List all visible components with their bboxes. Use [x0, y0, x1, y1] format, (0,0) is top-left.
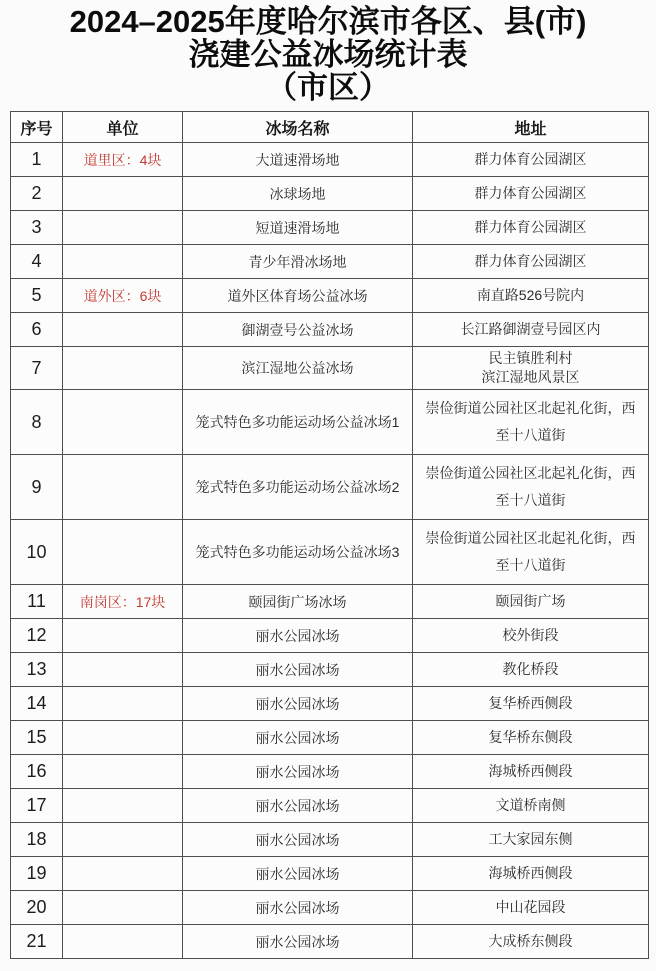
- row-number: 1: [11, 143, 63, 177]
- document-page: 2024–2025年度哈尔滨市各区、县(市) 浇建公益冰场统计表 （市区） 序号…: [0, 0, 656, 959]
- table-row: 3 短道速滑场地 群力体育公园湖区: [11, 211, 649, 245]
- row-unit: 道里区：4块: [63, 143, 183, 177]
- table-row: 20 丽水公园冰场 中山花园段: [11, 891, 649, 925]
- table-header: 序号单位冰场名称地址: [11, 112, 649, 143]
- row-address: 海城桥西侧段: [413, 755, 649, 789]
- column-header-unit: 单位: [63, 112, 183, 143]
- row-unit: [63, 721, 183, 755]
- row-number: 12: [11, 619, 63, 653]
- row-number: 14: [11, 687, 63, 721]
- row-address: 中山花园段: [413, 891, 649, 925]
- row-unit: [63, 313, 183, 347]
- row-address: 南直路526号院内: [413, 279, 649, 313]
- column-header-address: 地址: [413, 112, 649, 143]
- row-unit: [63, 891, 183, 925]
- row-unit: [63, 390, 183, 455]
- row-address: 民主镇胜利村 滨江湿地风景区: [413, 347, 649, 390]
- row-number: 8: [11, 390, 63, 455]
- row-number: 9: [11, 455, 63, 520]
- row-unit: [63, 789, 183, 823]
- row-number: 15: [11, 721, 63, 755]
- row-number: 21: [11, 925, 63, 959]
- table-row: 5 道外区：6块 道外区体育场公益冰场 南直路526号院内: [11, 279, 649, 313]
- row-rink-name: 道外区体育场公益冰场: [183, 279, 413, 313]
- column-header-no: 序号: [11, 112, 63, 143]
- table-row: 9 笼式特色多功能运动场公益冰场2 崇俭街道公园社区北起礼化街，西 至十八道街: [11, 455, 649, 520]
- row-rink-name: 丽水公园冰场: [183, 789, 413, 823]
- row-rink-name: 丽水公园冰场: [183, 755, 413, 789]
- row-number: 2: [11, 177, 63, 211]
- row-unit: [63, 455, 183, 520]
- row-unit: [63, 857, 183, 891]
- row-address: 工大家园东侧: [413, 823, 649, 857]
- row-address: 崇俭街道公园社区北起礼化街，西 至十八道街: [413, 520, 649, 585]
- row-rink-name: 大道速滑场地: [183, 143, 413, 177]
- row-unit: [63, 177, 183, 211]
- table-row: 7 滨江湿地公益冰场 民主镇胜利村 滨江湿地风景区: [11, 347, 649, 390]
- row-number: 16: [11, 755, 63, 789]
- table-row: 18 丽水公园冰场 工大家园东侧: [11, 823, 649, 857]
- table-body: 1 道里区：4块 大道速滑场地 群力体育公园湖区 2 冰球场地 群力体育公园湖区…: [11, 143, 649, 959]
- table-row: 4 青少年滑冰场地 群力体育公园湖区: [11, 245, 649, 279]
- row-number: 10: [11, 520, 63, 585]
- title-line-1: 2024–2025年度哈尔滨市各区、县(市): [0, 5, 656, 38]
- row-rink-name: 丽水公园冰场: [183, 925, 413, 959]
- row-address: 群力体育公园湖区: [413, 177, 649, 211]
- table-row: 15 丽水公园冰场 复华桥东侧段: [11, 721, 649, 755]
- title-line-2: 浇建公益冰场统计表: [0, 38, 656, 71]
- table-row: 2 冰球场地 群力体育公园湖区: [11, 177, 649, 211]
- row-rink-name: 丽水公园冰场: [183, 687, 413, 721]
- row-unit: [63, 925, 183, 959]
- row-number: 5: [11, 279, 63, 313]
- row-number: 13: [11, 653, 63, 687]
- header-row: 序号单位冰场名称地址: [11, 112, 649, 143]
- row-rink-name: 丽水公园冰场: [183, 823, 413, 857]
- row-rink-name: 滨江湿地公益冰场: [183, 347, 413, 390]
- row-unit: [63, 823, 183, 857]
- row-unit: [63, 687, 183, 721]
- row-unit: 南岗区：17块: [63, 585, 183, 619]
- row-address: 教化桥段: [413, 653, 649, 687]
- table-row: 10 笼式特色多功能运动场公益冰场3 崇俭街道公园社区北起礼化街，西 至十八道街: [11, 520, 649, 585]
- table-row: 17 丽水公园冰场 文道桥南侧: [11, 789, 649, 823]
- row-rink-name: 丽水公园冰场: [183, 653, 413, 687]
- table-row: 1 道里区：4块 大道速滑场地 群力体育公园湖区: [11, 143, 649, 177]
- table-row: 21 丽水公园冰场 大成桥东侧段: [11, 925, 649, 959]
- row-rink-name: 丽水公园冰场: [183, 619, 413, 653]
- row-address: 校外街段: [413, 619, 649, 653]
- row-rink-name: 青少年滑冰场地: [183, 245, 413, 279]
- row-rink-name: 丽水公园冰场: [183, 857, 413, 891]
- row-unit: [63, 755, 183, 789]
- row-number: 7: [11, 347, 63, 390]
- ice-rinks-table: 序号单位冰场名称地址 1 道里区：4块 大道速滑场地 群力体育公园湖区 2 冰球…: [10, 111, 649, 959]
- title-line-3: （市区）: [0, 71, 656, 104]
- row-unit: [63, 245, 183, 279]
- table-row: 19 丽水公园冰场 海城桥西侧段: [11, 857, 649, 891]
- row-number: 6: [11, 313, 63, 347]
- table-row: 11 南岗区：17块 颐园街广场冰场 颐园街广场: [11, 585, 649, 619]
- row-rink-name: 御湖壹号公益冰场: [183, 313, 413, 347]
- column-header-rink-name: 冰场名称: [183, 112, 413, 143]
- row-number: 17: [11, 789, 63, 823]
- page-title: 2024–2025年度哈尔滨市各区、县(市) 浇建公益冰场统计表 （市区）: [0, 0, 656, 104]
- row-rink-name: 短道速滑场地: [183, 211, 413, 245]
- row-address: 复华桥东侧段: [413, 721, 649, 755]
- row-address: 大成桥东侧段: [413, 925, 649, 959]
- row-address: 海城桥西侧段: [413, 857, 649, 891]
- row-rink-name: 冰球场地: [183, 177, 413, 211]
- table-row: 13 丽水公园冰场 教化桥段: [11, 653, 649, 687]
- row-rink-name: 笼式特色多功能运动场公益冰场2: [183, 455, 413, 520]
- table-row: 12 丽水公园冰场 校外街段: [11, 619, 649, 653]
- table-row: 6 御湖壹号公益冰场 长江路御湖壹号园区内: [11, 313, 649, 347]
- row-number: 11: [11, 585, 63, 619]
- row-number: 20: [11, 891, 63, 925]
- row-address: 群力体育公园湖区: [413, 211, 649, 245]
- row-number: 4: [11, 245, 63, 279]
- row-number: 18: [11, 823, 63, 857]
- row-unit: [63, 347, 183, 390]
- row-address: 文道桥南侧: [413, 789, 649, 823]
- row-rink-name: 颐园街广场冰场: [183, 585, 413, 619]
- row-unit: [63, 619, 183, 653]
- row-rink-name: 丽水公园冰场: [183, 721, 413, 755]
- row-address: 颐园街广场: [413, 585, 649, 619]
- row-number: 3: [11, 211, 63, 245]
- row-unit: 道外区：6块: [63, 279, 183, 313]
- row-number: 19: [11, 857, 63, 891]
- table-row: 16 丽水公园冰场 海城桥西侧段: [11, 755, 649, 789]
- row-unit: [63, 520, 183, 585]
- row-unit: [63, 211, 183, 245]
- row-address: 群力体育公园湖区: [413, 143, 649, 177]
- table-row: 8 笼式特色多功能运动场公益冰场1 崇俭街道公园社区北起礼化街，西 至十八道街: [11, 390, 649, 455]
- table-row: 14 丽水公园冰场 复华桥西侧段: [11, 687, 649, 721]
- row-rink-name: 笼式特色多功能运动场公益冰场3: [183, 520, 413, 585]
- row-unit: [63, 653, 183, 687]
- row-address: 崇俭街道公园社区北起礼化街，西 至十八道街: [413, 455, 649, 520]
- row-rink-name: 笼式特色多功能运动场公益冰场1: [183, 390, 413, 455]
- row-address: 长江路御湖壹号园区内: [413, 313, 649, 347]
- row-address: 复华桥西侧段: [413, 687, 649, 721]
- row-address: 群力体育公园湖区: [413, 245, 649, 279]
- row-rink-name: 丽水公园冰场: [183, 891, 413, 925]
- row-address: 崇俭街道公园社区北起礼化街，西 至十八道街: [413, 390, 649, 455]
